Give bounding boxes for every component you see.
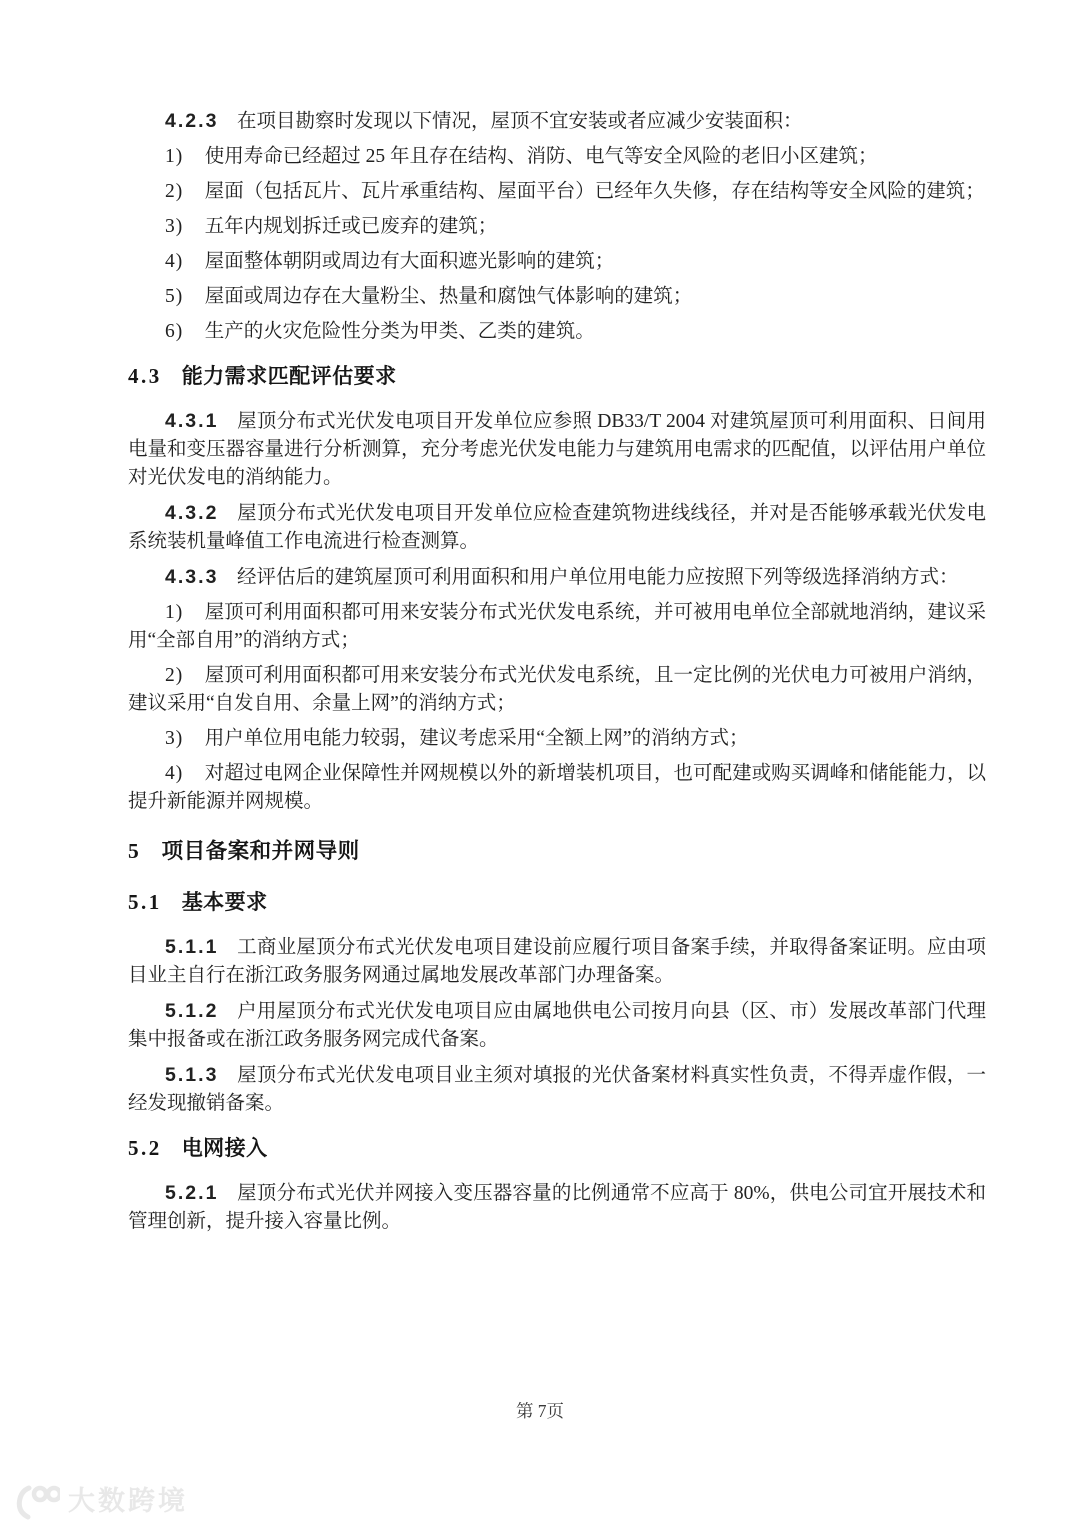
clause-number: 4.3.2 [165, 502, 218, 524]
clause-paragraph: 5.2.1屋顶分布式光伏并网接入变压器容量的比例通常不应高于 80%，供电公司宜… [128, 1179, 986, 1236]
chapter-heading-title: 项目备案和并网导则 [162, 839, 360, 863]
clause-number: 4.3.3 [165, 566, 218, 588]
clause-paragraph: 5.1.3屋顶分布式光伏发电项目业主须对填报的光伏备案材料真实性负责，不得弄虚作… [128, 1061, 986, 1118]
section-heading-title: 能力需求匹配评估要求 [182, 365, 397, 388]
clause-paragraph: 4.3.1屋顶分布式光伏发电项目开发单位应参照 DB33/T 2004 对建筑屋… [128, 407, 986, 492]
list-item: 3)五年内规划拆迁或已废弃的建筑； [128, 213, 986, 241]
list-item-text: 屋顶可利用面积都可用来安装分布式光伏发电系统，且一定比例的光伏电力可被用户消纳，… [128, 665, 986, 714]
list-item-text: 屋顶可利用面积都可用来安装分布式光伏发电系统，并可被用电单位全部就地消纳，建议采… [128, 602, 986, 651]
clause-number: 5.2.1 [165, 1182, 218, 1204]
list-item: 4)对超过电网企业保障性并网规模以外的新增装机项目，也可配建或购买调峰和储能能力… [128, 760, 986, 816]
clause-number: 4.2.3 [165, 110, 218, 132]
list-item-number: 5) [165, 286, 183, 307]
chapter-heading-number: 5 [128, 839, 141, 863]
clause-text: 在项目勘察时发现以下情况，屋顶不宜安装或者应减少安装面积： [237, 111, 803, 132]
clause-text: 屋顶分布式光伏发电项目业主须对填报的光伏备案材料真实性负责，不得弄虚作假，一经发… [128, 1065, 986, 1114]
clause-text: 屋顶分布式光伏发电项目开发单位应参照 DB33/T 2004 对建筑屋顶可利用面… [128, 411, 986, 488]
list-item-text: 五年内规划拆迁或已废弃的建筑； [205, 216, 498, 237]
list-item-number: 3) [165, 216, 183, 237]
section-heading-title: 基本要求 [182, 891, 268, 914]
list-item-text: 对超过电网企业保障性并网规模以外的新增装机项目，也可配建或购买调峰和储能能力，以… [128, 763, 986, 812]
list-item-number: 4) [165, 763, 183, 784]
document-body: 4.2.3在项目勘察时发现以下情况，屋顶不宜安装或者应减少安装面积： 1)使用寿… [128, 100, 986, 1243]
list-item-number: 2) [165, 181, 183, 202]
section-5-2-heading: 5.2电网接入 [128, 1132, 986, 1165]
clause-text: 屋顶分布式光伏发电项目开发单位应检查建筑物进线线径，并对是否能够承载光伏发电系统… [128, 503, 986, 552]
list-item-text: 生产的火灾危险性分类为甲类、乙类的建筑。 [205, 321, 595, 342]
clause-paragraph: 5.1.2户用屋顶分布式光伏发电项目应由属地供电公司按月向县（区、市）发展改革部… [128, 997, 986, 1054]
list-item-text: 用户单位用电能力较弱，建议考虑采用“全额上网”的消纳方式； [205, 728, 749, 749]
brand-logo-icon [14, 1482, 60, 1520]
list-item-text: 屋面整体朝阴或周边有大面积遮光影响的建筑； [205, 251, 615, 272]
watermark-brand-text: 大数跨境 [68, 1483, 188, 1519]
list-item-text: 屋面（包括瓦片、瓦片承重结构、屋面平台）已经年久失修，存在结构等安全风险的建筑； [205, 181, 985, 202]
clause-paragraph: 5.1.1工商业屋顶分布式光伏发电项目建设前应履行项目备案手续，并取得备案证明。… [128, 933, 986, 990]
clause-text: 工商业屋顶分布式光伏发电项目建设前应履行项目备案手续，并取得备案证明。应由项目业… [128, 937, 986, 986]
document-page: 4.2.3在项目勘察时发现以下情况，屋顶不宜安装或者应减少安装面积： 1)使用寿… [0, 0, 1080, 1526]
watermark: 大数跨境 [14, 1482, 188, 1520]
clause-number: 5.1.1 [165, 936, 218, 958]
clause-number: 5.1.3 [165, 1064, 218, 1086]
clause-paragraph: 4.3.3经评估后的建筑屋顶可利用面积和用户单位用电能力应按照下列等级选择消纳方… [128, 563, 986, 592]
clause-number: 4.3.1 [165, 410, 218, 432]
section-heading-title: 电网接入 [182, 1137, 268, 1160]
list-item: 1)使用寿命已经超过 25 年且存在结构、消防、电气等安全风险的老旧小区建筑； [128, 143, 986, 171]
list-item: 3)用户单位用电能力较弱，建议考虑采用“全额上网”的消纳方式； [128, 725, 986, 753]
list-item-number: 4) [165, 251, 183, 272]
chapter-5-heading: 5项目备案和并网导则 [128, 834, 986, 868]
list-item-number: 2) [165, 665, 183, 686]
list-item: 5)屋面或周边存在大量粉尘、热量和腐蚀气体影响的建筑； [128, 283, 986, 311]
clause-paragraph: 4.3.2屋顶分布式光伏发电项目开发单位应检查建筑物进线线径，并对是否能够承载光… [128, 499, 986, 556]
clause-text: 经评估后的建筑屋顶可利用面积和用户单位用电能力应按照下列等级选择消纳方式： [237, 567, 959, 588]
list-item: 2)屋面（包括瓦片、瓦片承重结构、屋面平台）已经年久失修，存在结构等安全风险的建… [128, 178, 986, 206]
clause-paragraph: 4.2.3在项目勘察时发现以下情况，屋顶不宜安装或者应减少安装面积： [128, 107, 986, 136]
section-heading-number: 4.3 [128, 364, 162, 388]
list-item: 6)生产的火灾危险性分类为甲类、乙类的建筑。 [128, 318, 986, 346]
list-item-text: 屋面或周边存在大量粉尘、热量和腐蚀气体影响的建筑； [205, 286, 693, 307]
section-5-1-heading: 5.1基本要求 [128, 886, 986, 919]
clause-number: 5.1.2 [165, 1000, 218, 1022]
clause-text: 户用屋顶分布式光伏发电项目应由属地供电公司按月向县（区、市）发展改革部门代理集中… [128, 1001, 986, 1050]
list-item-number: 1) [165, 602, 183, 623]
list-item-number: 3) [165, 728, 183, 749]
list-item-number: 1) [165, 146, 183, 167]
list-item: 4)屋面整体朝阴或周边有大面积遮光影响的建筑； [128, 248, 986, 276]
page-number: 第 7页 [0, 1398, 1080, 1423]
section-heading-number: 5.2 [128, 1136, 162, 1160]
section-heading-number: 5.1 [128, 890, 162, 914]
list-item: 1)屋顶可利用面积都可用来安装分布式光伏发电系统，并可被用电单位全部就地消纳，建… [128, 599, 986, 655]
section-4-3-heading: 4.3能力需求匹配评估要求 [128, 360, 986, 393]
list-item: 2)屋顶可利用面积都可用来安装分布式光伏发电系统，且一定比例的光伏电力可被用户消… [128, 662, 986, 718]
clause-text: 屋顶分布式光伏并网接入变压器容量的比例通常不应高于 80%，供电公司宜开展技术和… [128, 1183, 986, 1232]
list-item-number: 6) [165, 321, 183, 342]
list-item-text: 使用寿命已经超过 25 年且存在结构、消防、电气等安全风险的老旧小区建筑； [205, 146, 878, 167]
